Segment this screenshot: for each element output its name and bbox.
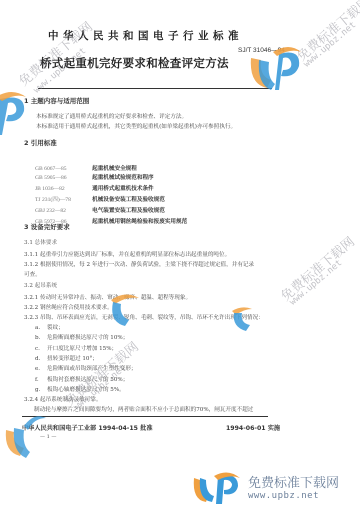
list-item: d.扭转变形超过 10°； — [35, 354, 98, 362]
subsection-3-1: 3.1 总体要求 — [24, 238, 57, 246]
list-marker: a. — [35, 325, 47, 331]
list-marker: f. — [35, 377, 47, 383]
header-divider — [38, 88, 272, 89]
site-name: 免费标准下载网 — [248, 472, 339, 491]
clause-3-2-2: 3.2.2 钢丝绳应符合使用技术要求。 — [24, 303, 113, 311]
up-logo-icon — [0, 85, 40, 140]
up-logo-icon — [105, 290, 145, 330]
list-marker: e. — [35, 366, 47, 372]
list-text: 扭转变形超过 10°； — [47, 356, 98, 362]
list-item: a.裂纹； — [35, 323, 64, 331]
section-3-heading: 3 设备完好要求 — [24, 222, 70, 231]
section-1-paragraph: 本标准适用于通用桥式起重机，其它类型的起重机(如单梁起重机)亦可参照执行。 — [36, 122, 236, 130]
site-logo: 免费标准下载网 www.upbz.net — [192, 470, 360, 506]
subsection-3-2: 3.2 起吊系统 — [24, 281, 57, 289]
list-text: 危险断面磨损达原尺寸的 10%； — [47, 335, 128, 341]
list-marker: c. — [35, 346, 47, 352]
list-marker: d. — [35, 356, 47, 362]
up-logo-icon — [192, 470, 248, 506]
up-logo-icon — [0, 410, 50, 460]
list-text: 裂纹； — [47, 325, 64, 331]
list-marker: g. — [35, 387, 47, 393]
up-logo-icon — [228, 305, 258, 333]
footer-divider — [22, 416, 268, 417]
section-1-paragraph: 本标准规定了通用桥式起重机的完好要求和检查、评定方法。 — [36, 112, 187, 120]
list-item: b.危险断面磨损达原尺寸的 10%； — [35, 333, 128, 341]
list-text: 开口度比原尺寸增加 15%； — [47, 346, 117, 352]
list-item: c.开口度比原尺寸增加 15%； — [35, 344, 117, 352]
site-url: www.upbz.net — [248, 491, 319, 501]
reference-title: 起重机械用钢丝绳检验和报废实用规范 — [92, 219, 187, 225]
list-marker: b. — [35, 335, 47, 341]
clause-3-1-1: 3.1.1 起重牵引力应能达到出厂标准，并在起重机的明显部位标志出起重量的吨位。 — [24, 250, 230, 258]
clause-3-1-2-continuation: 可查。 — [24, 270, 41, 278]
watermark-site-name: 免费标准下载网 — [276, 231, 358, 304]
effective-date: 1994-06-01 实施 — [226, 423, 280, 432]
clause-3-1-2: 3.1.2 根据使用情况，每 2 年进行一次动、静负荷试验，主梁下挠不得超过规定… — [24, 260, 254, 268]
up-logo-icon — [245, 40, 305, 95]
clause-3-2-4-continuation: 制动轮与摩擦片之间间隙要均匀，两者贴合面积不应小于总面积的70%，闸瓦开度不超过 — [34, 405, 253, 413]
